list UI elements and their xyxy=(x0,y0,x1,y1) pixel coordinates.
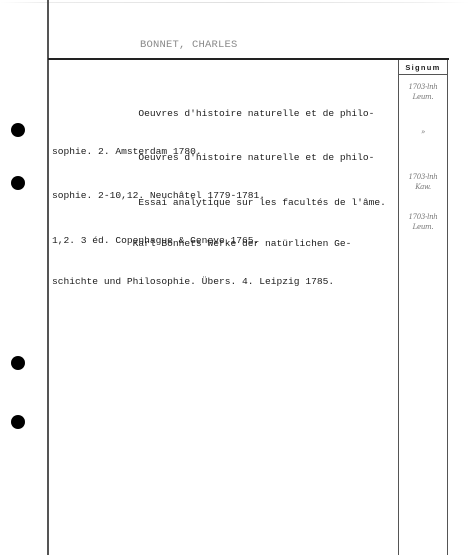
signum-header: Signum xyxy=(399,61,447,74)
punch-hole-icon xyxy=(11,415,25,429)
entry-2-signum: » xyxy=(400,127,446,137)
entry-4-line-2: schichte und Philosophie. Übers. 4. Leip… xyxy=(52,276,397,289)
punch-hole-icon xyxy=(11,123,25,137)
entry-1-signum-line-1: 1703-lnh xyxy=(400,82,446,92)
entry-1-signum: 1703-lnh Leum. xyxy=(400,82,446,102)
entry-2-signum-ditto: » xyxy=(400,127,446,137)
entry-3-signum: 1703-lnh Kaw. xyxy=(400,172,446,192)
entry-4: Karl Bonnets Werke der natürlichen Ge- s… xyxy=(52,213,397,313)
scan-edge-line xyxy=(0,2,469,3)
signum-column-right-border xyxy=(447,60,448,555)
punch-hole-icon xyxy=(11,176,25,190)
entry-3-line-1: Essai analytique sur les facultés de l'â… xyxy=(52,197,397,210)
heading-rule xyxy=(48,58,449,60)
card-heading: BONNET, CHARLES xyxy=(140,39,238,51)
entry-4-signum-line-2: Leum. xyxy=(400,222,446,232)
left-margin-line xyxy=(47,0,49,555)
punch-hole-icon xyxy=(11,356,25,370)
entry-4-signum-line-1: 1703-lnh xyxy=(400,212,446,222)
entry-4-line-1: Karl Bonnets Werke der natürlichen Ge- xyxy=(52,238,397,251)
entry-3-signum-line-2: Kaw. xyxy=(400,182,446,192)
signum-header-rule xyxy=(399,74,447,75)
entry-2-line-1: Oeuvres d'histoire naturelle et de philo… xyxy=(52,152,397,165)
signum-column-left-border xyxy=(398,60,399,555)
entry-3-signum-line-1: 1703-lnh xyxy=(400,172,446,182)
entry-4-signum: 1703-lnh Leum. xyxy=(400,212,446,232)
entry-1-line-1: Oeuvres d'histoire naturelle et de philo… xyxy=(52,108,397,121)
entry-1-signum-line-2: Leum. xyxy=(400,92,446,102)
